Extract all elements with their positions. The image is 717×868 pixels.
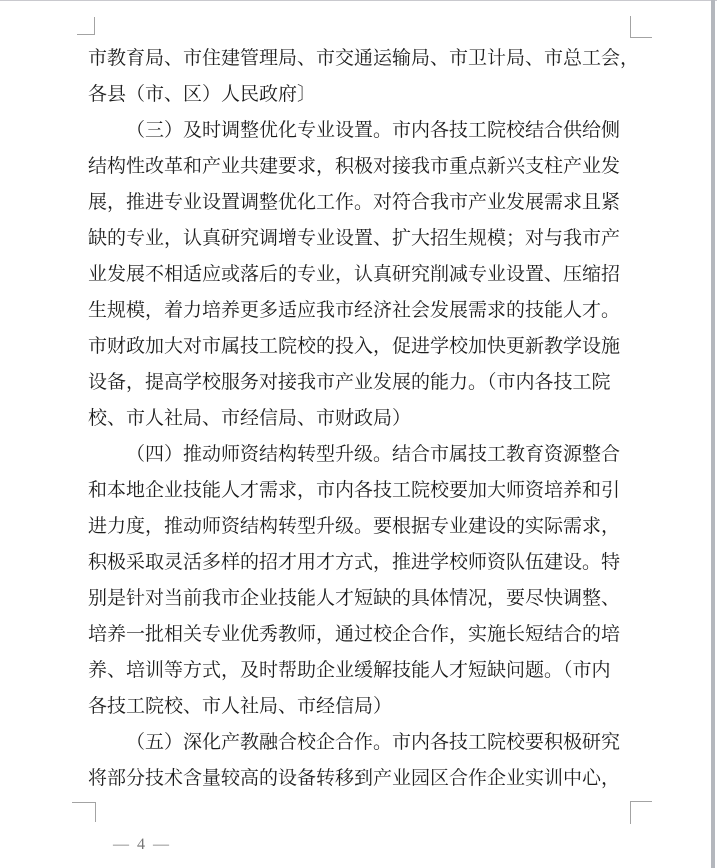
text-line: 业发展不相适应或落后的专业，认真研究削减专业设置、压缩招 — [88, 257, 633, 293]
text-line: 各县（市、区）人民政府〕 — [88, 77, 633, 113]
crop-mark-top-left — [77, 17, 95, 35]
text-line: （四）推动师资结构转型升级。结合市属技工教育资源整合 — [88, 437, 633, 473]
page-top-edge — [0, 0, 717, 1]
text-line: 进力度，推动师资结构转型升级。要根据专业建设的实际需求， — [88, 509, 633, 545]
crop-mark-top-right — [630, 16, 652, 38]
text-line: 积极采取灵活多样的招才用才方式，推进学校师资队伍建设。特 — [88, 545, 633, 581]
text-line: 结构性改革和产业共建要求，积极对接我市重点新兴支柱产业发 — [88, 149, 633, 185]
text-line: （三）及时调整优化专业设置。市内各技工院校结合供给侧 — [88, 113, 633, 149]
crop-mark-bottom-right — [630, 801, 652, 824]
document-text-block: 市教育局、市住建管理局、市交通运输局、市卫计局、市总工会，各县（市、区）人民政府… — [88, 41, 633, 797]
text-line: 培养一批相关专业优秀教师，通过校企合作，实施长短结合的培 — [88, 617, 633, 653]
document-page: { "page": { "number_label": "— 4 —", "nu… — [0, 0, 717, 868]
text-line: 和本地企业技能人才需求，市内各技工院校要加大师资培养和引 — [88, 473, 633, 509]
text-line: 将部分技术含量较高的设备转移到产业园区合作企业实训中心， — [88, 761, 633, 797]
text-line: 市财政加大对市属技工院校的投入，促进学校加快更新教学设施 — [88, 329, 633, 365]
page-right-edge — [711, 0, 715, 868]
text-line: 生规模，着力培养更多适应我市经济社会发展需求的技能人才。 — [88, 293, 633, 329]
text-line: 各技工院校、市人社局、市经信局） — [88, 689, 633, 725]
page-number: — 4 — — [112, 833, 172, 857]
crop-mark-bottom-left — [72, 802, 96, 822]
text-line: 别是针对当前我市企业技能人才短缺的具体情况，要尽快调整、 — [88, 581, 633, 617]
text-line: 养、培训等方式，及时帮助企业缓解技能人才短缺问题。（市内 — [88, 653, 633, 689]
text-line: 缺的专业，认真研究调增专业设置、扩大招生规模；对与我市产 — [88, 221, 633, 257]
text-line: 市教育局、市住建管理局、市交通运输局、市卫计局、市总工会， — [88, 41, 633, 77]
text-line: 校、市人社局、市经信局、市财政局） — [88, 401, 633, 437]
text-line: 展，推进专业设置调整优化工作。对符合我市产业发展需求且紧 — [88, 185, 633, 221]
text-line: （五）深化产教融合校企合作。市内各技工院校要积极研究 — [88, 725, 633, 761]
text-line: 设备，提高学校服务对接我市产业发展的能力。（市内各技工院 — [88, 365, 633, 401]
